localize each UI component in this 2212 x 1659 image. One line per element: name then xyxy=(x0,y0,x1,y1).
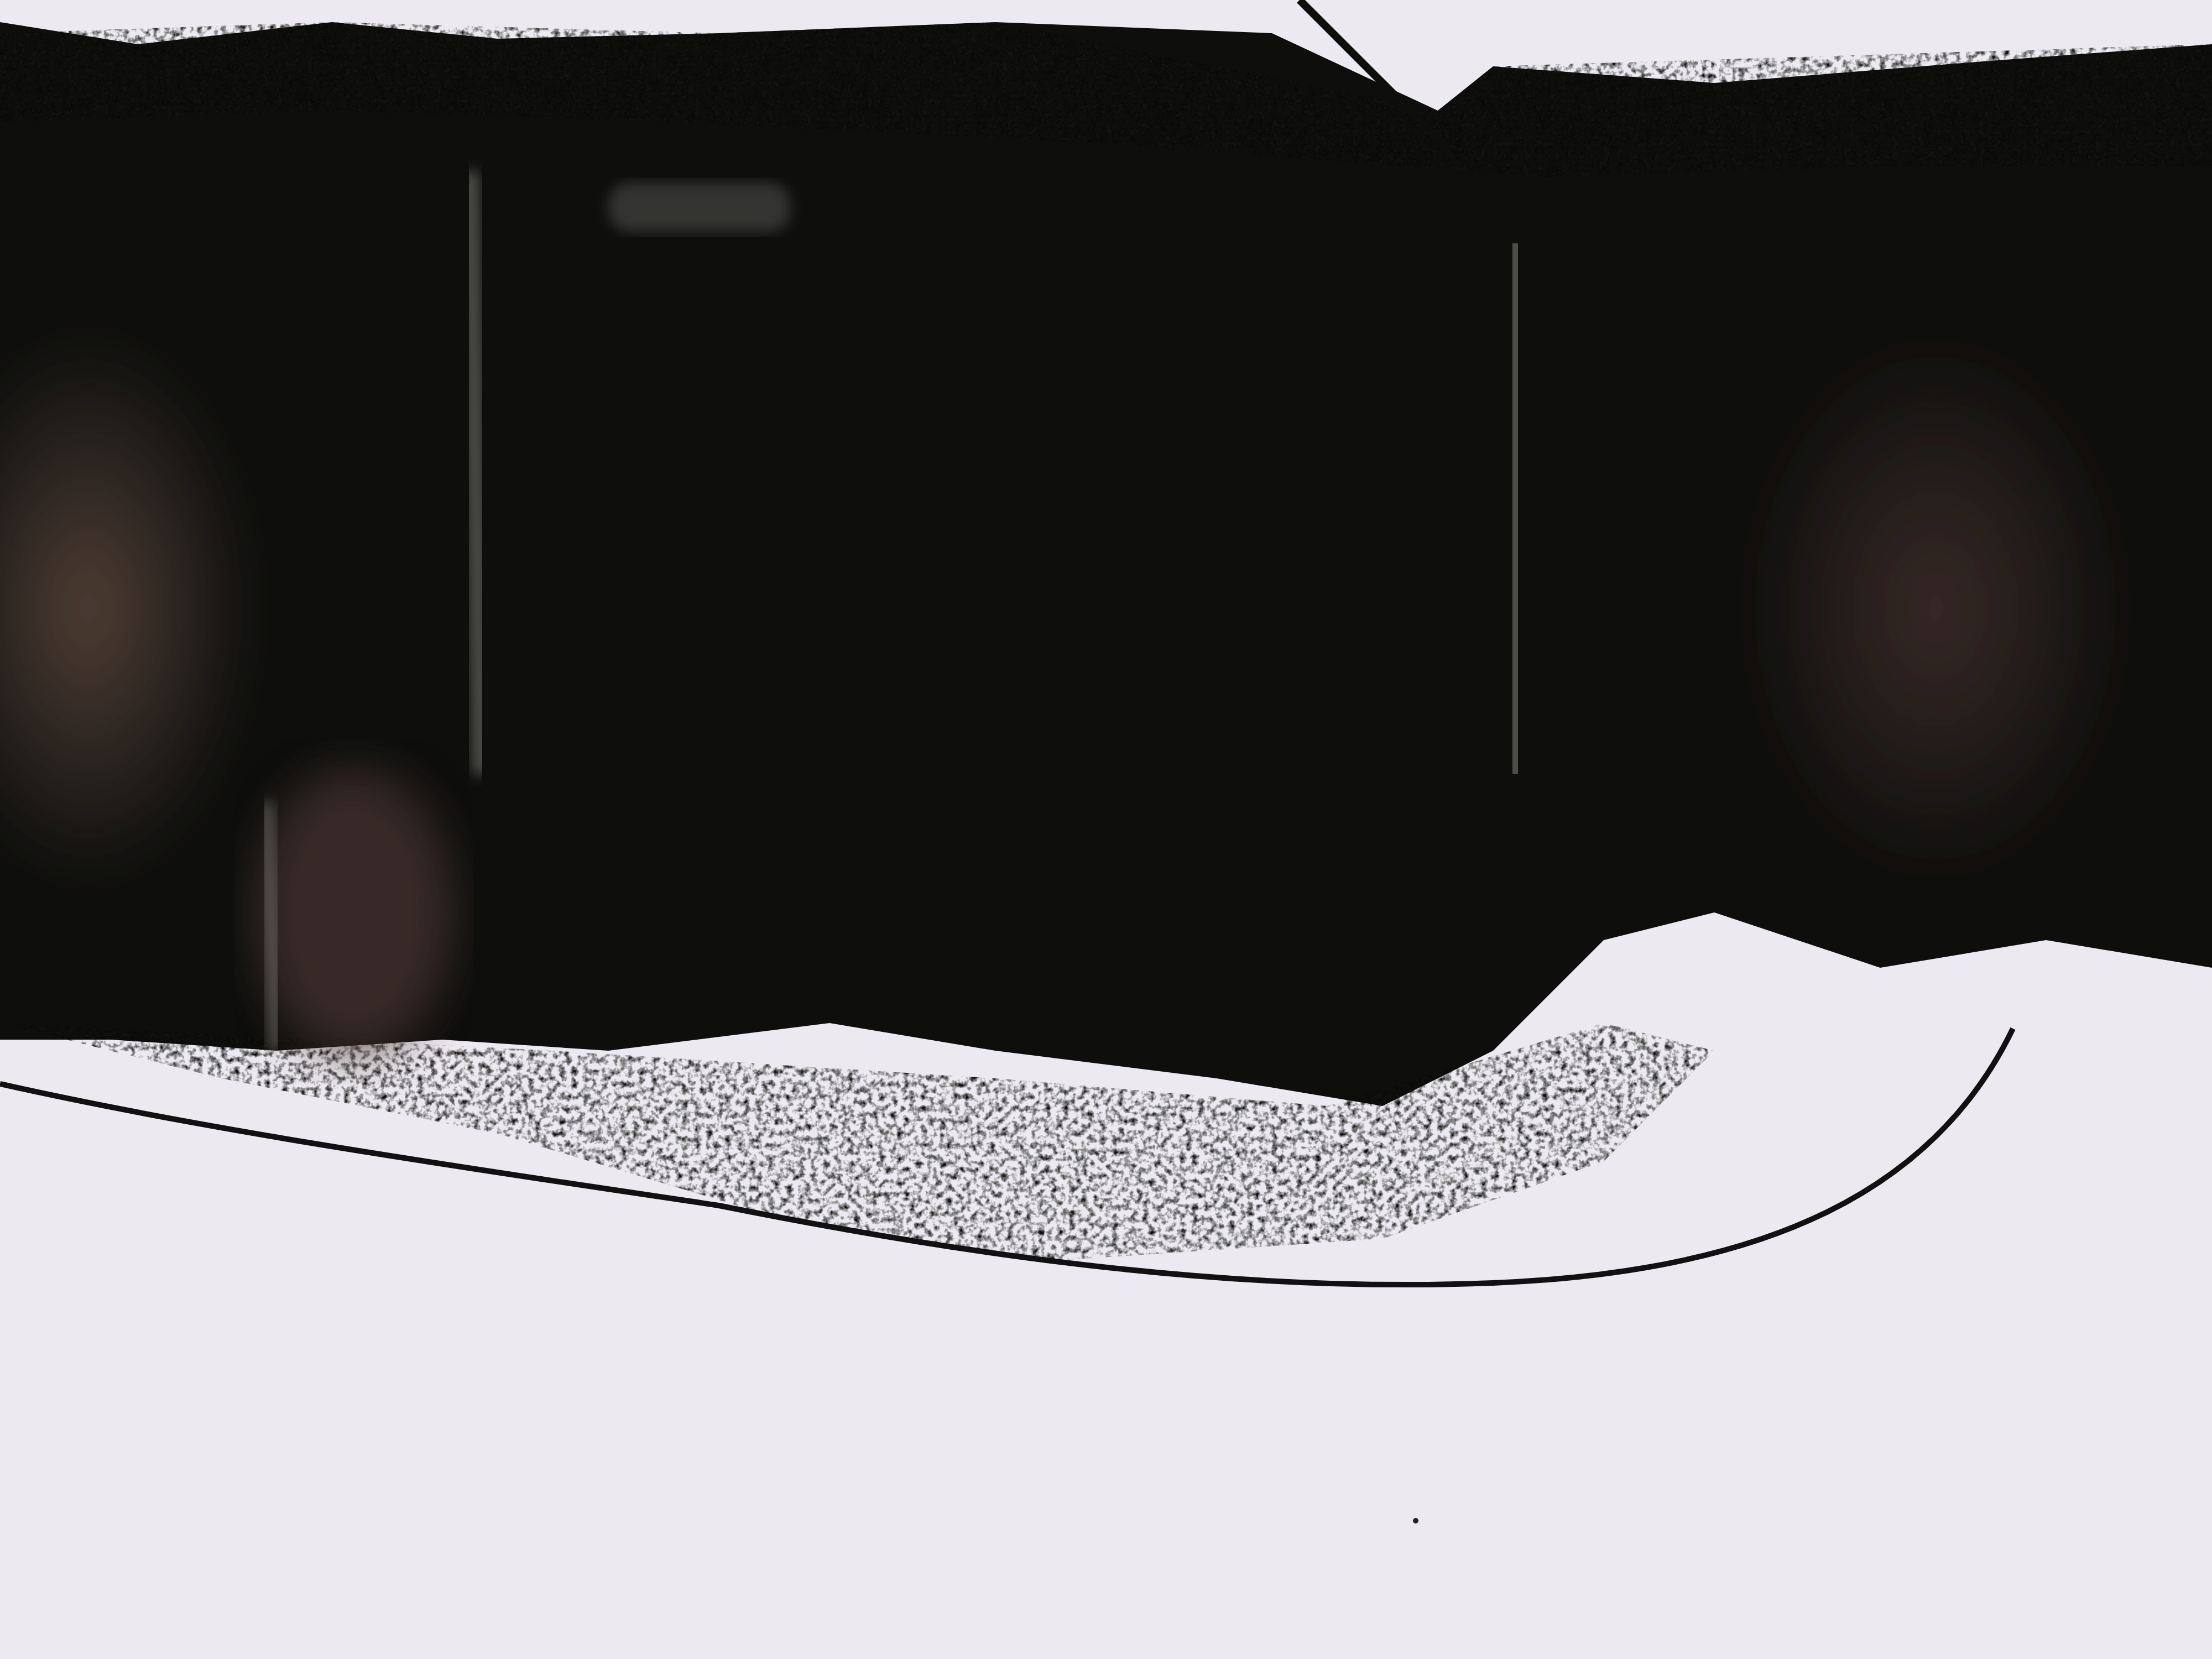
glare-streak-1 xyxy=(470,171,481,774)
glare-streak-3 xyxy=(265,802,276,1051)
glare-patch xyxy=(608,182,791,232)
photo-scene xyxy=(0,0,2212,1659)
warm-glare-lower xyxy=(254,769,453,1056)
ink-mass-photo xyxy=(0,0,2212,1659)
warm-glare-right xyxy=(1742,332,2129,885)
speck xyxy=(1413,1518,1418,1524)
